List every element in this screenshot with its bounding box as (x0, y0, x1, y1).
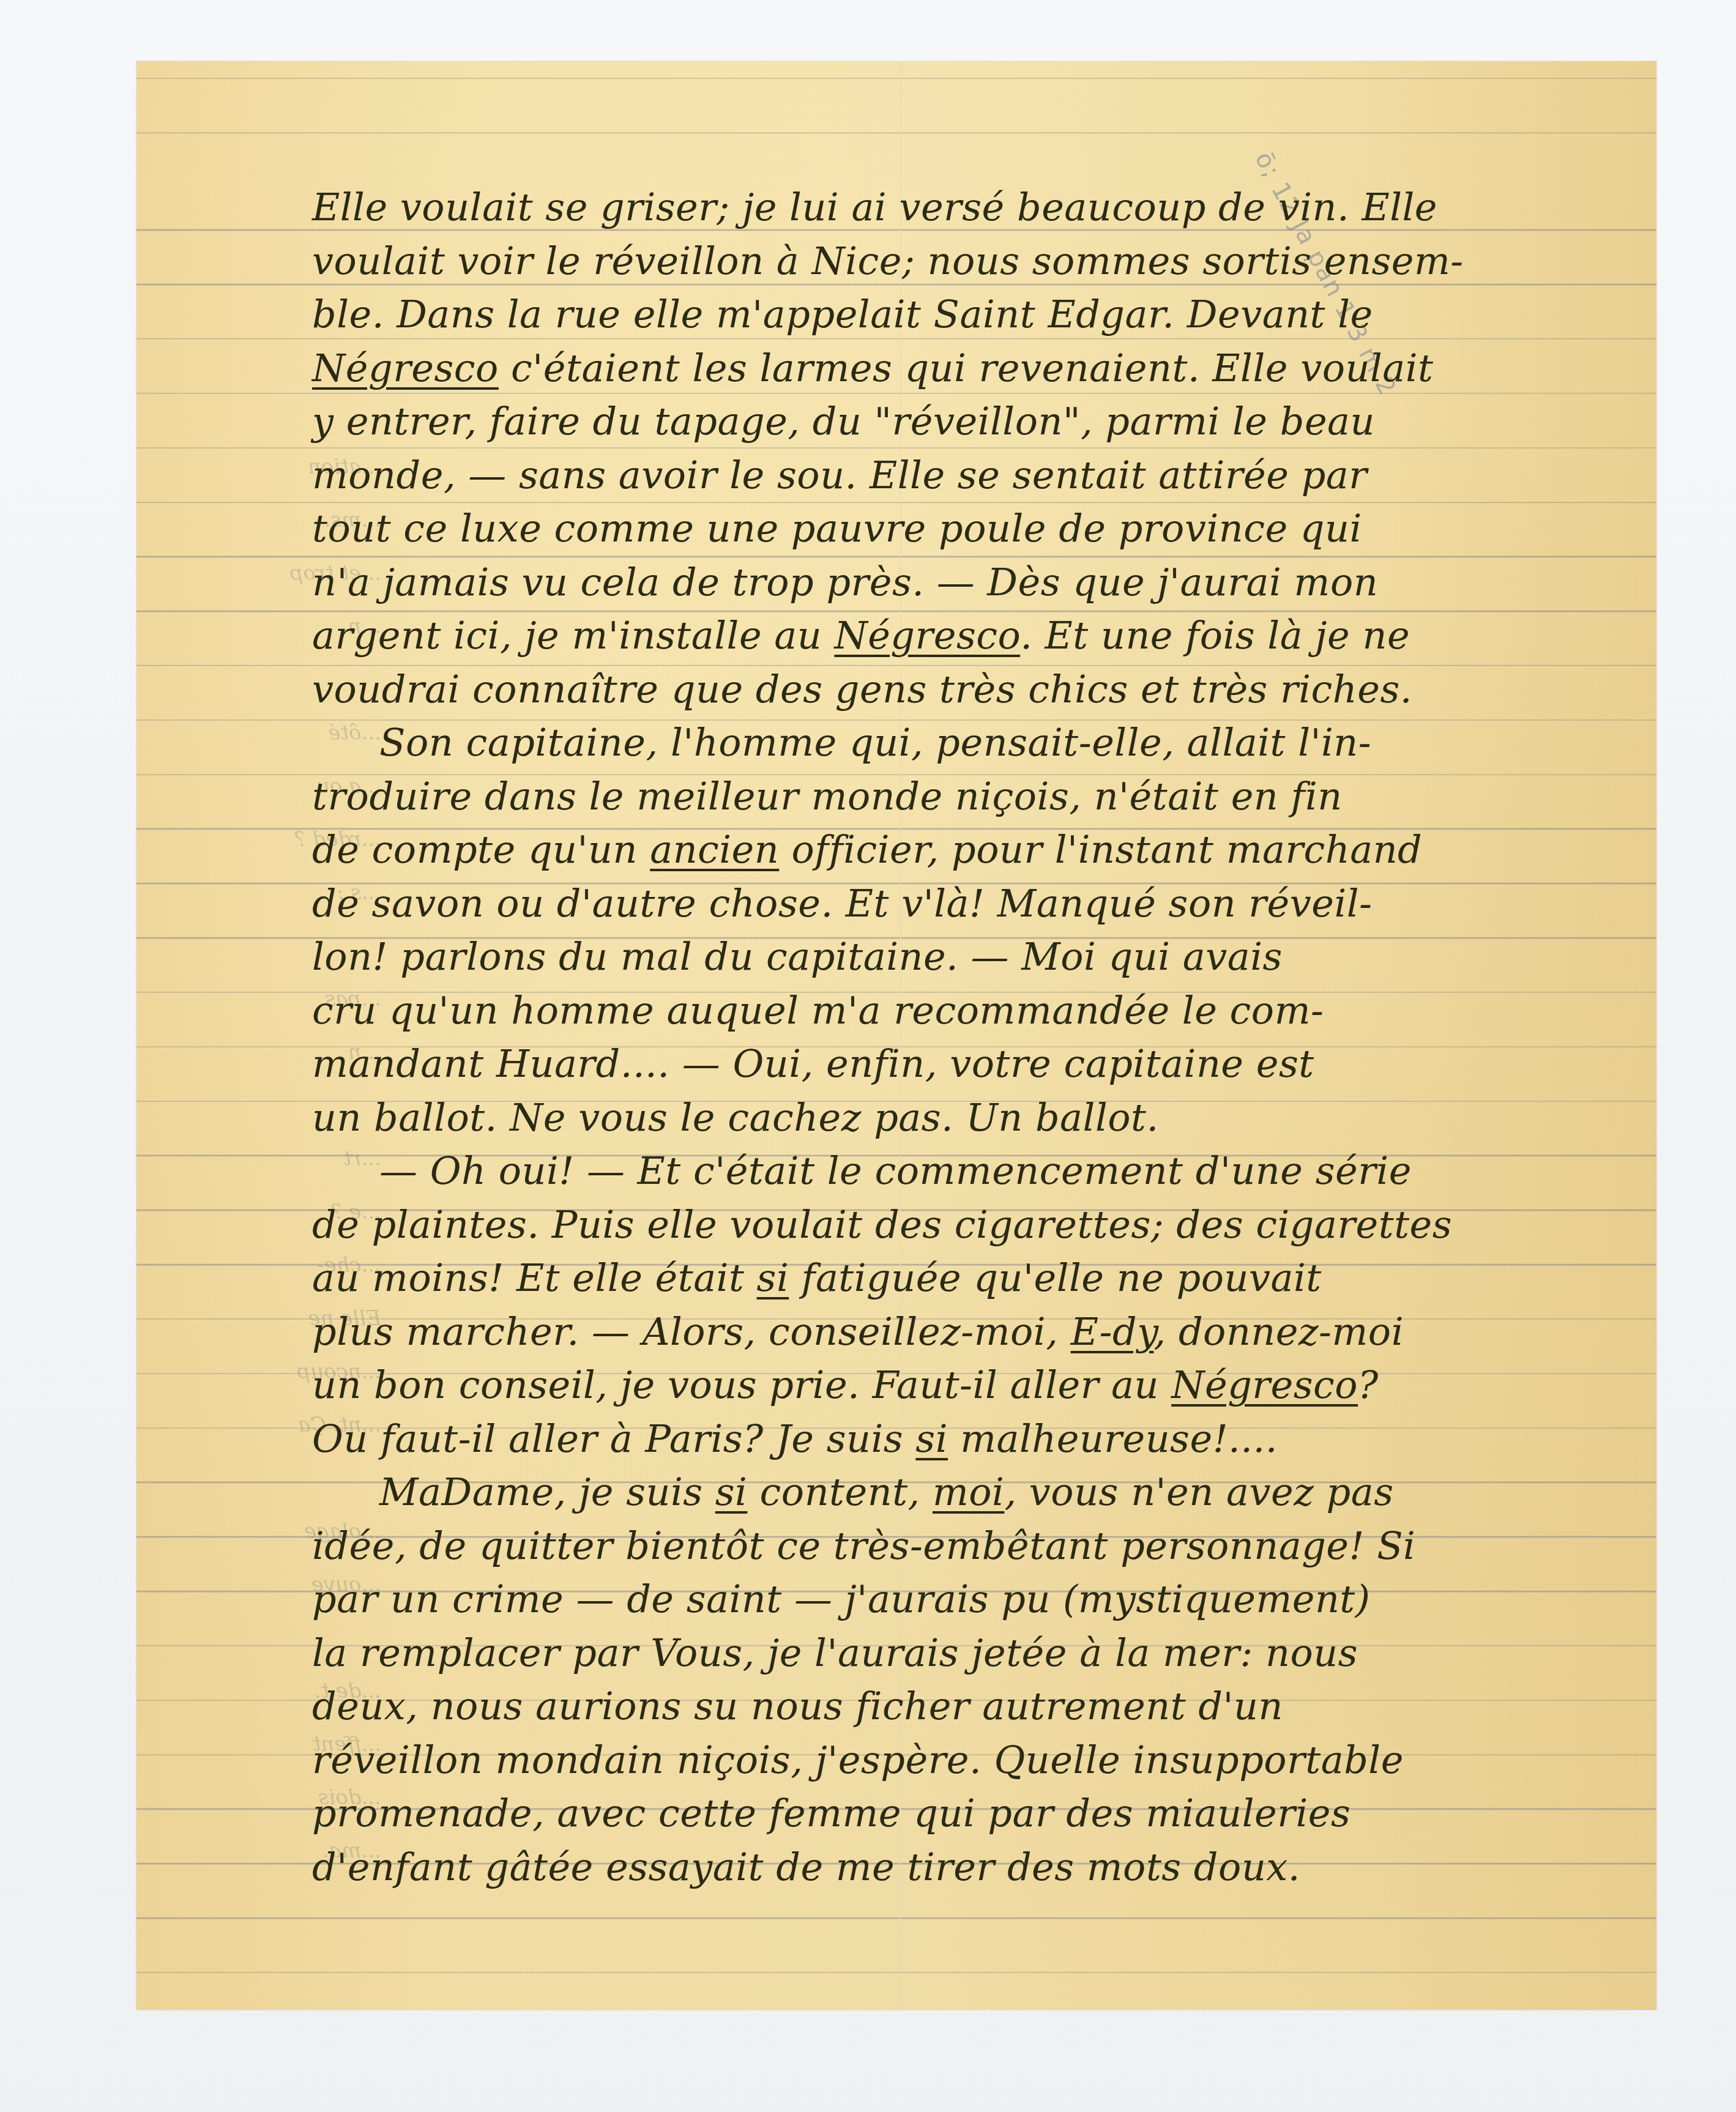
underlined-word: moi (933, 1470, 1004, 1514)
underlined-word: Négresco (1171, 1363, 1358, 1407)
letter-line: MaDame, je suis si content, moi, vous n'… (312, 1465, 1634, 1519)
letter-line: y entrer, faire du tapage, du "réveillon… (312, 395, 1634, 448)
letter-line: idée, de quitter bientôt ce très-embêtan… (312, 1519, 1634, 1573)
underlined-word: ancien (650, 827, 779, 872)
letter-line: monde, — sans avoir le sou. Elle se sent… (312, 448, 1634, 502)
letter-line: de plaintes. Puis elle voulait des cigar… (312, 1198, 1634, 1252)
letter-line: ble. Dans la rue elle m'appelait Saint E… (312, 288, 1634, 341)
letter-line: de savon ou d'autre chose. Et v'là! Manq… (312, 877, 1634, 931)
letter-line: d'enfant gâtée essayait de me tirer des … (312, 1840, 1634, 1894)
letter-line: Elle voulait se griser; je lui ai versé … (312, 180, 1634, 234)
letter-page: ō; 12 Ja pan 1 3 m 2 ...ation...ms....et… (136, 61, 1656, 2010)
letter-line: plus marcher. — Alors, conseillez-moi, E… (312, 1305, 1634, 1359)
letter-line: Négresco c'étaient les larmes qui revena… (312, 341, 1634, 395)
letter-line: promenade, avec cette femme qui par des … (312, 1787, 1634, 1840)
underlined-word: si (915, 1416, 948, 1461)
underlined-word: Négresco (312, 346, 499, 390)
letter-line: voulait voir le réveillon à Nice; nous s… (312, 234, 1634, 288)
letter-line: Son capitaine, l'homme qui, pensait-elle… (312, 716, 1634, 770)
letter-line: un ballot. Ne vous le cachez pas. Un bal… (312, 1091, 1634, 1145)
letter-line: voudrai connaître que des gens très chic… (312, 663, 1634, 716)
letter-body: Elle voulait se griser; je lui ai versé … (312, 180, 1634, 1894)
letter-line: deux, nous aurions su nous ficher autrem… (312, 1679, 1634, 1733)
underlined-word: E-dy (1071, 1309, 1154, 1354)
letter-line: n'a jamais vu cela de trop près. — Dès q… (312, 556, 1634, 609)
letter-line: au moins! Et elle était si fatiguée qu'e… (312, 1251, 1634, 1305)
letter-line: de compte qu'un ancien officier, pour l'… (312, 823, 1634, 877)
letter-line: lon! parlons du mal du capitaine. — Moi … (312, 930, 1634, 984)
letter-line: par un crime — de saint — j'aurais pu (m… (312, 1572, 1634, 1626)
letter-line: un bon conseil, je vous prie. Faut-il al… (312, 1358, 1634, 1412)
letter-line: tout ce luxe comme une pauvre poule de p… (312, 502, 1634, 556)
letter-line: mandant Huard.... — Oui, enfin, votre ca… (312, 1037, 1634, 1091)
letter-line: la remplacer par Vous, je l'aurais jetée… (312, 1626, 1634, 1680)
letter-line: — Oh oui! — Et c'était le commencement d… (312, 1144, 1634, 1198)
letter-line: argent ici, je m'installe au Négresco. E… (312, 609, 1634, 663)
underlined-word: si (715, 1470, 748, 1514)
letter-line: Ou faut-il aller à Paris? Je suis si mal… (312, 1412, 1634, 1466)
letter-line: réveillon mondain niçois, j'espère. Quel… (312, 1733, 1634, 1787)
underlined-word: si (757, 1255, 789, 1300)
letter-line: troduire dans le meilleur monde niçois, … (312, 770, 1634, 824)
underlined-word: Négresco (834, 613, 1020, 658)
letter-line: cru qu'un homme auquel m'a recommandée l… (312, 984, 1634, 1038)
